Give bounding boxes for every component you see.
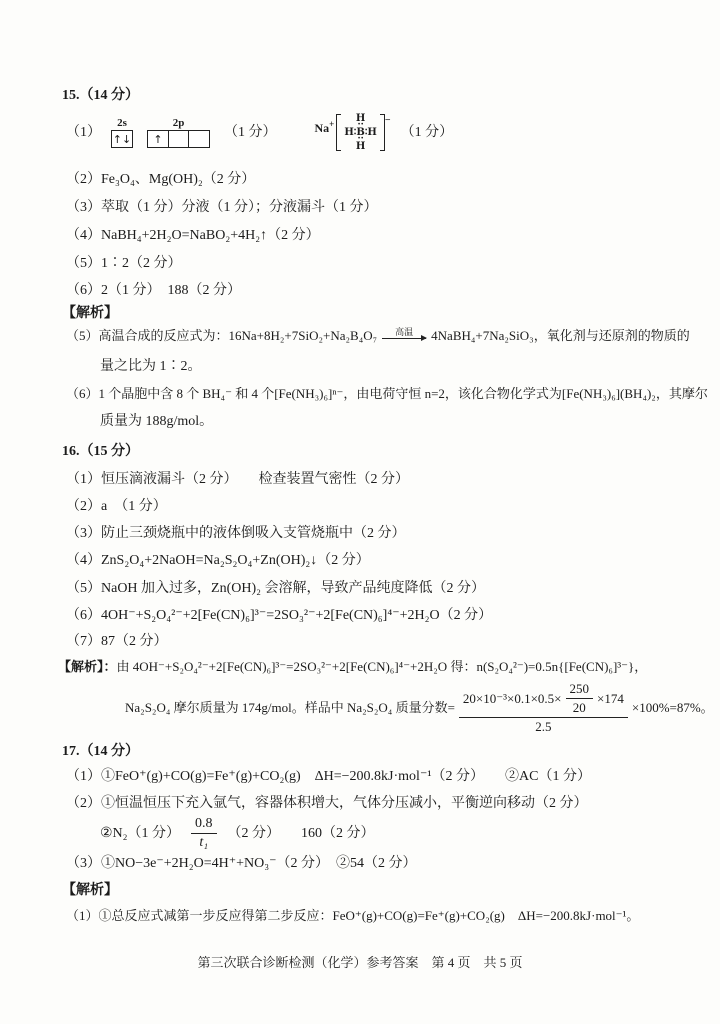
q15-analysis-label: 【解析】 xyxy=(62,304,118,324)
condition-label: 高温 xyxy=(395,327,413,338)
q16-answer-6: （6）4OH⁻+S₂O₄²⁻+2[Fe(CN)₆]³⁻=2SO₃²⁻+2[Fe(… xyxy=(66,606,492,626)
q15-answer-4: （4）NaBH₄+2H₂O=NaBO₂+4H₂↑（2 分） xyxy=(66,226,320,246)
q15-analysis-6: （6）1 个晶胞中含 8 个 BH₄⁻ 和 4 个[Fe(NH₃)₆]ⁿ⁻，由电… xyxy=(66,384,708,404)
score-label: （1 分） xyxy=(224,123,277,143)
orbital-2p-label: 2p xyxy=(173,117,185,130)
arrow-line xyxy=(382,338,426,339)
score-label: （1 分） xyxy=(401,123,454,143)
q15-answer-5: （5）1∶2（2 分） xyxy=(66,254,182,274)
orbital-2p: 2p ↑ xyxy=(147,117,210,148)
q17-analysis-1: （1）①总反应式减第一步反应得第二步反应：FeO⁺(g)+CO(g)=Fe⁺(g… xyxy=(66,906,639,926)
lewis-charge: − xyxy=(385,111,391,131)
orbital-2p-box-3 xyxy=(188,130,210,148)
q15-answer-6: （6）2（1 分） 188（2 分） xyxy=(66,281,241,301)
q16-answer-7: （7）87（2 分） xyxy=(66,632,168,652)
orbital-2p-box-2 xyxy=(168,130,190,148)
q15-analysis-6-cont: 质量为 188g/mol。 xyxy=(100,412,213,432)
q16-heading: 16.（15 分） xyxy=(62,442,139,462)
inner-fraction: 250 20 xyxy=(566,680,594,717)
q17-answer-2b: ②N₂（1 分） 0.8 t₁ （2 分） 160（2 分） xyxy=(100,815,375,852)
q15-item1-label: （1） xyxy=(66,123,101,143)
q15-analysis-5: （5）高温合成的反应式为：16Na+8H₂+7SiO₂+Na₂B₄O₇ 高温 4… xyxy=(66,326,690,346)
q17-answer-1: （1）①FeO⁺(g)+CO(g)=Fe⁺(g)+CO₂(g) ΔH=−200.… xyxy=(66,767,591,787)
q16-analysis-line: 【解析】：由 4OH⁻+S₂O₄²⁻+2[Fe(CN)₆]³⁻=2SO₃²⁻+2… xyxy=(58,657,647,677)
q16-answer-3: （3）防止三颈烧瓶中的液体倒吸入支管烧瓶中（2 分） xyxy=(66,524,406,544)
orbital-2s-box: ↑↓ xyxy=(111,130,133,148)
q17-answer-3: （3）①NO−3e⁻+2H₂O=4H⁺+NO₃⁻（2 分） ②54（2 分） xyxy=(66,854,417,874)
reaction-condition-arrow: 高温 xyxy=(382,327,426,339)
q16-answer-4: （4）ZnS₂O₄+2NaOH=Na₂S₂O₄+Zn(OH)₂↓（2 分） xyxy=(66,551,370,571)
q17-answer-2: （2）①恒温恒压下充入氩气，容器体积增大，气体分压减小，平衡逆向移动（2 分） xyxy=(66,794,588,814)
q17-analysis-label: 【解析】 xyxy=(62,881,118,901)
q15-analysis-5-cont: 量之比为 1∶2。 xyxy=(100,357,202,377)
left-bracket xyxy=(336,114,341,151)
q15-answer-3: （3）萃取（1 分）分液（1 分）；分液漏斗（1 分） xyxy=(66,198,378,218)
rate-fraction: 0.8 t₁ xyxy=(191,815,217,852)
mass-fraction-formula: 20×10⁻³×0.1×0.5× 250 20 ×174 2.5 xyxy=(459,680,628,736)
q15-heading: 15.（14 分） xyxy=(62,86,139,106)
orbital-2p-boxes: ↑ xyxy=(147,130,210,148)
sodium-cation: Na+ xyxy=(315,114,335,138)
q16-answer-1: （1）恒压滴液漏斗（2 分） 检查装置气密性（2 分） xyxy=(66,470,409,490)
orbital-2s-label: 2s xyxy=(117,117,127,130)
q15-answer-2: （2）Fe₃O₄、Mg(OH)₂（2 分） xyxy=(66,170,255,190)
q16-answer-5: （5）NaOH 加入过多，Zn(OH)₂ 会溶解，导致产品纯度降低（2 分） xyxy=(66,579,485,599)
q15-answer-1: （1） 2s ↑↓ 2p ↑ （1 分） Na+ H ·· H∶B∶H ·· H xyxy=(66,114,453,151)
page-footer: 第三次联合诊断检测（化学）参考答案 第 4 页 共 5 页 xyxy=(0,952,720,971)
borohydride-core: H ·· H∶B∶H ·· H xyxy=(344,114,377,151)
q16-analysis-label: 【解析】： xyxy=(58,659,117,674)
document-page: 15.（14 分） （1） 2s ↑↓ 2p ↑ （1 分） Na+ H ·· … xyxy=(0,0,720,1024)
orbital-2p-box-1: ↑ xyxy=(147,130,169,148)
q16-answer-2: （2）a （1 分） xyxy=(66,497,167,517)
lewis-structure: Na+ H ·· H∶B∶H ·· H − xyxy=(315,114,391,151)
orbital-2s: 2s ↑↓ xyxy=(111,117,133,148)
q16-calculation: Na₂S₂O₄ 摩尔质量为 174g/mol。样品中 Na₂S₂O₄ 质量分数=… xyxy=(125,680,714,736)
q17-heading: 17.（14 分） xyxy=(62,742,139,762)
